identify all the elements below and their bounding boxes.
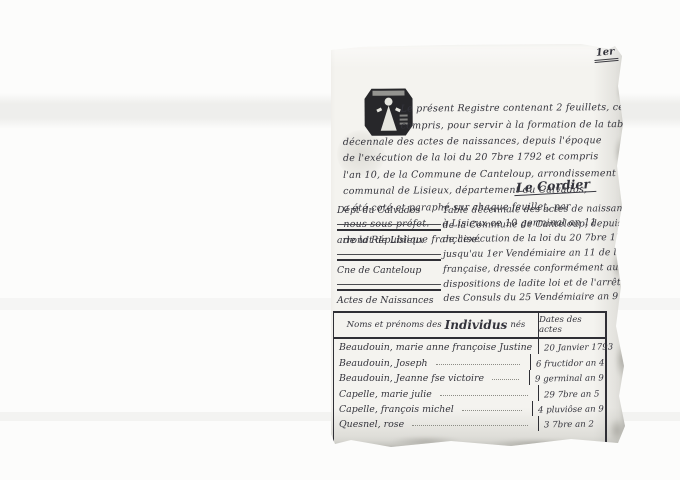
person-name: Beaudouin, Jeanne fse victoire bbox=[339, 373, 484, 384]
act-date: 6 fructidor an 4 bbox=[535, 358, 604, 369]
margin-acts: Actes de Naissances bbox=[337, 295, 445, 311]
paper-edge-smudge bbox=[615, 342, 628, 378]
table-row: Beaudouin, Jeanne fse victoire 9 germina… bbox=[334, 370, 605, 385]
fiscal-stamp-icon bbox=[344, 70, 394, 120]
act-date: 20 Janvier 1793 bbox=[544, 343, 613, 354]
table-header-row: Noms et prénoms des Individus nés Dates … bbox=[334, 313, 605, 339]
rule-divider bbox=[337, 224, 441, 231]
paper-edge-smudge bbox=[609, 418, 625, 442]
dotted-leader bbox=[412, 425, 528, 426]
dotted-leader bbox=[436, 364, 520, 365]
dotted-leader bbox=[440, 395, 528, 396]
margin-heading-block: Dépt du Calvados arrondt de Lisieux Cne … bbox=[337, 205, 445, 311]
header-names-suffix: nés bbox=[510, 320, 525, 330]
document-page: 1er Le présent Registre contenant 2 feui… bbox=[331, 44, 629, 448]
margin-arrondissement: arrondt de Lisieux bbox=[337, 235, 445, 251]
act-date: 9 germinal an 9 bbox=[535, 374, 604, 385]
rule-divider bbox=[337, 254, 441, 261]
act-date: 3 7bre an 2 bbox=[544, 420, 594, 431]
decennial-table: Noms et prénoms des Individus nés Dates … bbox=[333, 311, 607, 448]
act-date: 29 7bre an 5 bbox=[544, 389, 600, 400]
header-dates-column: Dates des actes bbox=[538, 313, 605, 337]
person-name: Quesnel, rose bbox=[339, 419, 404, 430]
table-row: Beaudouin, Joseph 6 fructidor an 4 bbox=[334, 354, 605, 369]
person-name: Capelle, françois michel bbox=[339, 404, 454, 415]
margin-department: Dépt du Calvados bbox=[337, 205, 445, 221]
margin-commune: Cne de Canteloup bbox=[337, 265, 445, 281]
header-names-column: Noms et prénoms des Individus nés bbox=[334, 313, 538, 337]
header-names-prefix: Noms et prénoms des bbox=[347, 320, 442, 330]
heavy-rule-divider bbox=[331, 455, 487, 464]
scanned-registry-page: { "colors": { "ink": "#34343c", "paper":… bbox=[0, 0, 680, 480]
table-row: Capelle, françois michel 4 pluviôse an 9 bbox=[334, 401, 605, 416]
act-date: 4 pluviôse an 9 bbox=[538, 404, 604, 415]
dotted-leader bbox=[492, 379, 519, 380]
person-name: Beaudouin, Joseph bbox=[339, 358, 428, 369]
table-row: Capelle, marie julie 29 7bre an 5 bbox=[334, 385, 605, 400]
dotted-leader bbox=[462, 410, 522, 411]
table-title-paragraph: Table décennale des actes de naissances … bbox=[442, 202, 625, 307]
person-name: Capelle, marie julie bbox=[339, 389, 432, 400]
rule-divider bbox=[337, 284, 441, 291]
table-row: Beaudouin, marie anne françoise Justine … bbox=[334, 339, 605, 354]
table-row: Quesnel, rose 3 7bre an 2 bbox=[334, 416, 605, 431]
header-names-emphasis: Individus bbox=[445, 318, 508, 332]
person-name: Beaudouin, marie anne françoise Justine bbox=[339, 342, 532, 353]
